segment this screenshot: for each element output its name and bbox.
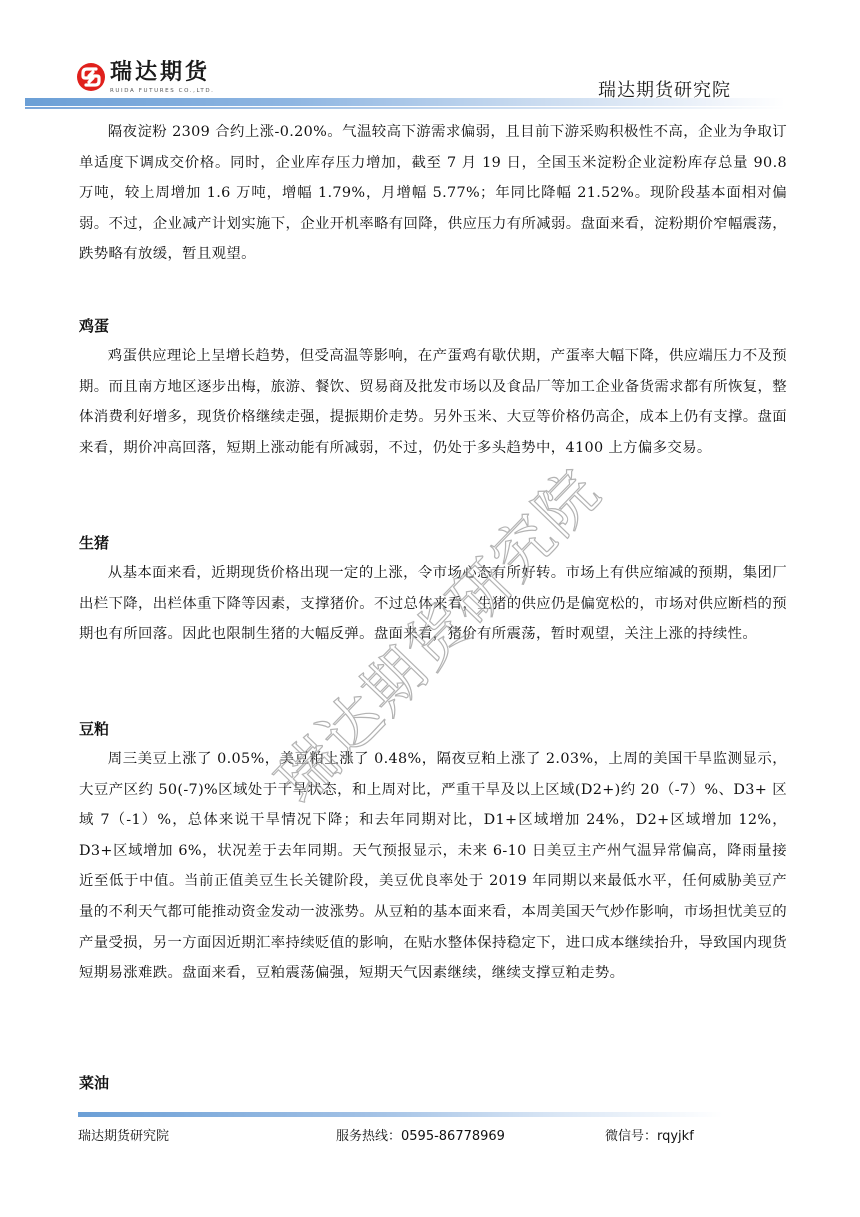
- section-title-soymeal: 豆粕: [79, 719, 109, 739]
- section-title-rapeseed-oil: 菜油: [79, 1073, 109, 1093]
- ruida-logo-icon: [76, 62, 106, 92]
- company-logo: 瑞达期货 RUIDA FUTURES CO.,LTD.: [76, 60, 215, 100]
- section-paragraph-hog: 从基本面来看，近期现货价格出现一定的上涨，令市场心态有所好转。市场上有供应缩减的…: [79, 558, 787, 650]
- logo-english-name: RUIDA FUTURES CO.,LTD.: [110, 87, 215, 95]
- header-divider-line: [25, 107, 785, 109]
- section-paragraph-soymeal: 周三美豆上涨了 0.05%，美豆粕上涨了 0.48%，隔夜豆粕上涨了 2.03%…: [79, 744, 787, 989]
- starch-paragraph: 隔夜淀粉 2309 合约上涨-0.20%。气温较高下游需求偏弱，且目前下游采购积…: [79, 117, 787, 270]
- footer-wechat: 微信号：rqyjkf: [605, 1125, 694, 1144]
- header-divider-bar: [25, 98, 785, 106]
- section-title-hog: 生猪: [79, 533, 109, 553]
- footer-institute: 瑞达期货研究院: [78, 1125, 169, 1144]
- logo-chinese-name: 瑞达期货: [110, 60, 215, 86]
- section-paragraph-egg: 鸡蛋供应理论上呈增长趋势，但受高温等影响，在产蛋鸡有歇伏期，产蛋率大幅下降，供应…: [79, 341, 787, 463]
- page-header: 瑞达期货 RUIDA FUTURES CO.,LTD. 瑞达期货研究院: [0, 0, 860, 115]
- footer-divider-bar: [78, 1112, 723, 1117]
- section-title-egg: 鸡蛋: [79, 316, 109, 336]
- footer-hotline: 服务热线：0595-86778969: [336, 1125, 505, 1144]
